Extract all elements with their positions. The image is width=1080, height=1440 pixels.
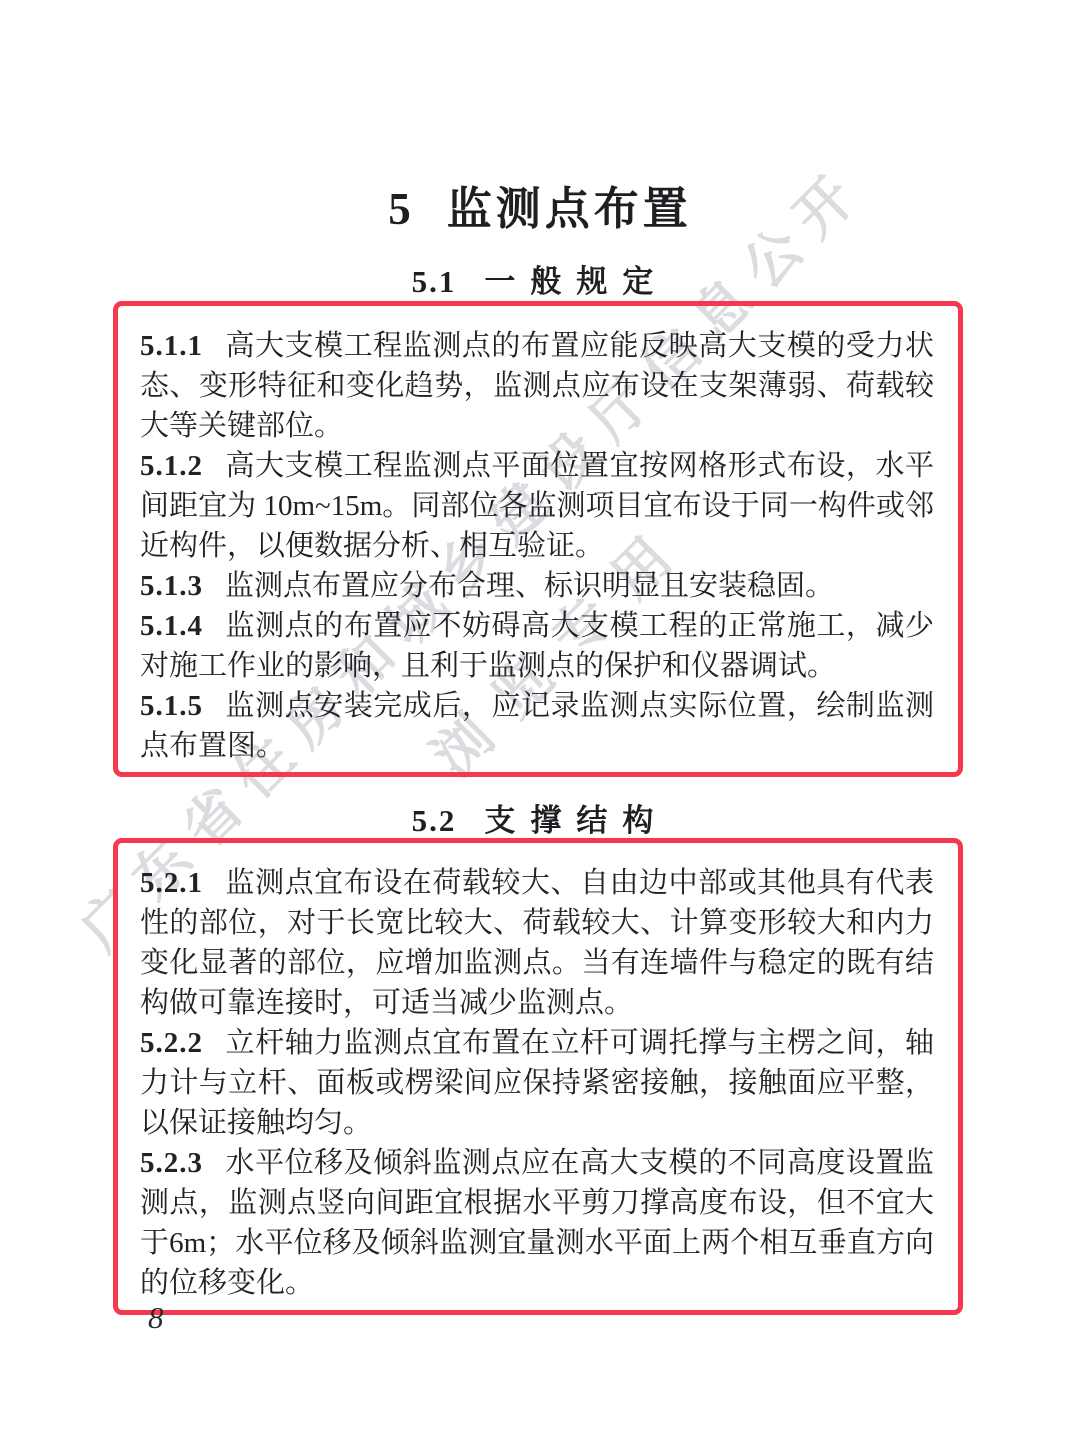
clause-5-1-5: 5.1.5监测点安装完成后，应记录监测点实际位置，绘制监测点布置图。 xyxy=(140,686,934,766)
highlight-box-section-5-1: 5.1.1高大支模工程监测点的布置应能反映高大支模的受力状态、变形特征和变化趋势… xyxy=(113,301,963,777)
clause-5-1-4: 5.1.4监测点的布置应不妨碍高大支模工程的正常施工，减少对施工作业的影响，且利… xyxy=(140,606,934,686)
clause-5-2-1: 5.2.1监测点宜布设在荷载较大、自由边中部或其他具有代表性的部位，对于长宽比较… xyxy=(140,863,934,1023)
clause-text: 高大支模工程监测点平面位置宜按网格形式布设，水平间距宜为 10m~15m。同部位… xyxy=(140,450,934,562)
clause-text: 监测点安装完成后，应记录监测点实际位置，绘制监测点布置图。 xyxy=(140,690,934,762)
clause-text: 立杆轴力监测点宜布置在立杆可调托撑与主楞之间，轴力计与立杆、面板或楞梁间应保持紧… xyxy=(140,1027,934,1139)
clause-text: 监测点布置应分布合理、标识明显且安装稳固。 xyxy=(225,570,834,602)
section-heading-5-1: 5.1一般规定 xyxy=(0,256,1080,301)
chapter-number: 5 xyxy=(388,184,411,234)
page-number: 8 xyxy=(148,1300,164,1336)
clause-number: 5.2.2 xyxy=(140,1027,203,1059)
clause-5-1-1: 5.1.1高大支模工程监测点的布置应能反映高大支模的受力状态、变形特征和变化趋势… xyxy=(140,326,934,446)
clause-number: 5.2.1 xyxy=(140,867,203,899)
clause-number: 5.2.3 xyxy=(140,1147,203,1179)
clause-number: 5.1.5 xyxy=(140,690,203,722)
section-number: 5.1 xyxy=(412,264,457,299)
section-number: 5.2 xyxy=(412,803,457,838)
clause-text: 监测点宜布设在荷载较大、自由边中部或其他具有代表性的部位，对于长宽比较大、荷载较… xyxy=(140,867,934,1019)
section-title: 一般规定 xyxy=(484,264,668,299)
chapter-title: 5监测点布置 xyxy=(0,172,1080,237)
clause-number: 5.1.2 xyxy=(140,450,203,482)
clause-5-1-3: 5.1.3监测点布置应分布合理、标识明显且安装稳固。 xyxy=(140,566,934,606)
document-page: 广东省住房和城乡建设厅信息公开 浏览专用 5监测点布置 5.1一般规定 5.1.… xyxy=(0,0,1080,1440)
section-heading-5-2: 5.2支撑结构 xyxy=(0,795,1080,840)
chapter-title-text: 监测点布置 xyxy=(447,184,692,234)
section-title: 支撑结构 xyxy=(484,803,668,838)
clause-text: 监测点的布置应不妨碍高大支模工程的正常施工，减少对施工作业的影响，且利于监测点的… xyxy=(140,610,934,682)
clause-5-2-2: 5.2.2立杆轴力监测点宜布置在立杆可调托撑与主楞之间，轴力计与立杆、面板或楞梁… xyxy=(140,1023,934,1143)
highlight-box-section-5-2: 5.2.1监测点宜布设在荷载较大、自由边中部或其他具有代表性的部位，对于长宽比较… xyxy=(113,838,963,1315)
clause-number: 5.1.4 xyxy=(140,610,203,642)
clause-5-2-3: 5.2.3水平位移及倾斜监测点应在高大支模的不同高度设置监测点，监测点竖向间距宜… xyxy=(140,1143,934,1303)
clause-number: 5.1.3 xyxy=(140,570,203,602)
page-content: 5监测点布置 5.1一般规定 5.1.1高大支模工程监测点的布置应能反映高大支模… xyxy=(0,0,1080,1440)
clause-number: 5.1.1 xyxy=(140,330,203,362)
clause-text: 水平位移及倾斜监测点应在高大支模的不同高度设置监测点，监测点竖向间距宜根据水平剪… xyxy=(140,1147,934,1299)
clause-text: 高大支模工程监测点的布置应能反映高大支模的受力状态、变形特征和变化趋势，监测点应… xyxy=(140,330,934,442)
clause-5-1-2: 5.1.2高大支模工程监测点平面位置宜按网格形式布设，水平间距宜为 10m~15… xyxy=(140,446,934,566)
